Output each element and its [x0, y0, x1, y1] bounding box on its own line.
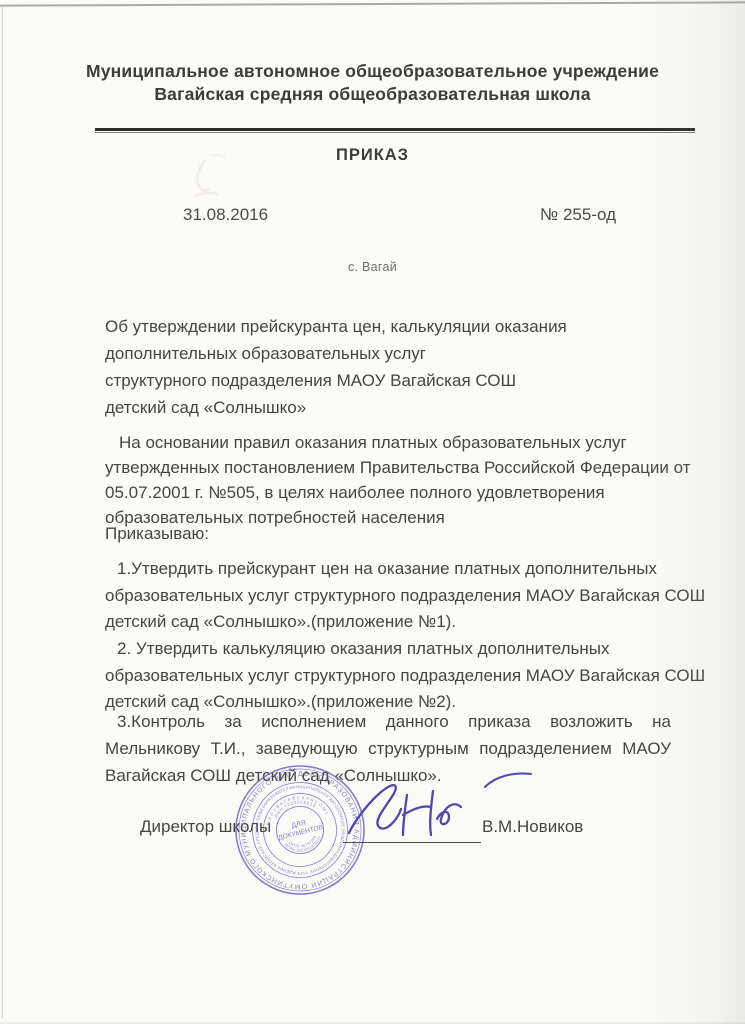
handwritten-signature	[335, 765, 550, 850]
document-type-title: ПРИКАЗ	[0, 146, 745, 165]
scanned-document-page: Муниципальное автономное общеобразовател…	[0, 0, 745, 1024]
signature-graphic	[335, 765, 550, 850]
scan-artifact-top-edge	[0, 1, 745, 6]
header-divider-rule	[95, 128, 695, 133]
document-date: 31.08.2016	[183, 205, 268, 225]
order-word: Приказываю:	[105, 524, 209, 544]
basis-paragraph: На основании правил оказания платных обр…	[105, 430, 715, 530]
organization-name: Муниципальное автономное общеобразовател…	[0, 60, 745, 106]
document-subject: Об утверждении прейскуранта цен, калькул…	[105, 313, 705, 421]
header-divider-thin-line	[95, 132, 695, 133]
document-number: № 255-од	[540, 205, 616, 225]
order-item-1: 1.Утвердить прейскурант цен на оказание …	[105, 556, 717, 636]
document-place: с. Вагай	[0, 260, 745, 274]
order-item-2: 2. Утвердить калькуляцию оказания платны…	[105, 636, 717, 716]
faint-stamp-remnant	[175, 152, 265, 212]
header-divider-thick-line	[95, 128, 695, 131]
